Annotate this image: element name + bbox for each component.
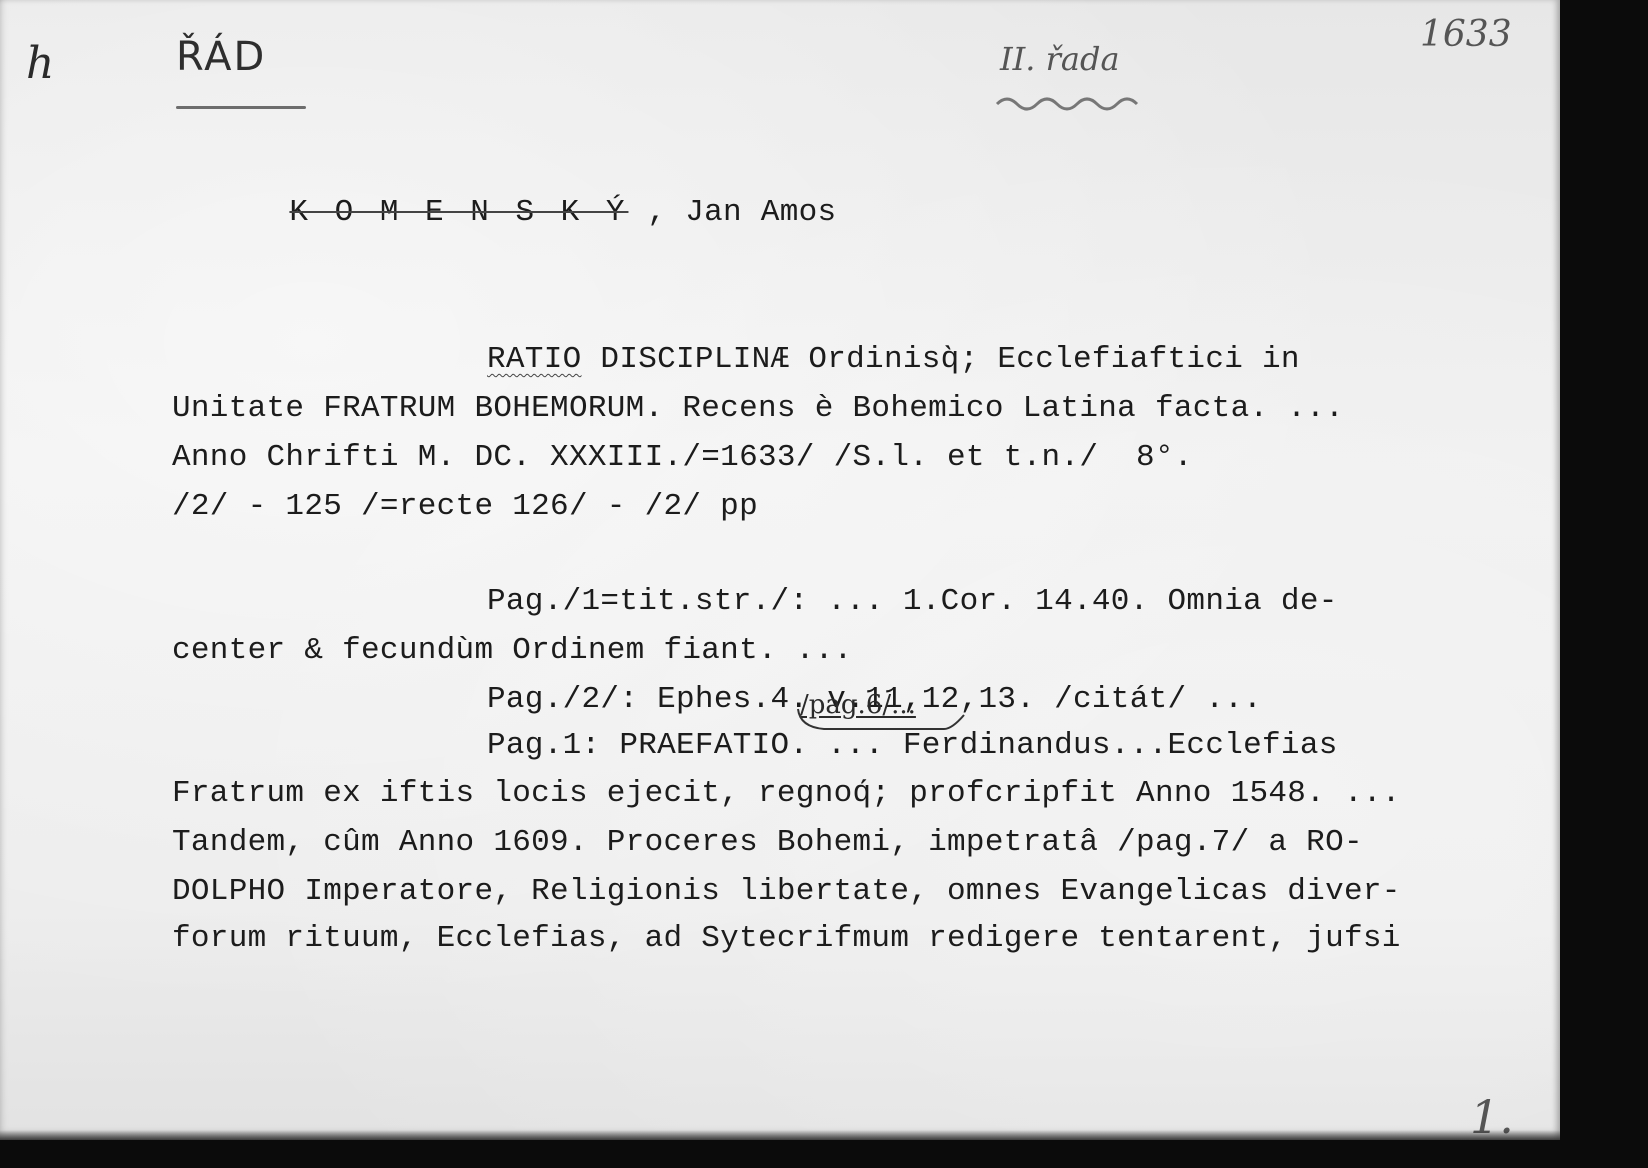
title-text: Unitate FRATRUM BOHEMORUM. Recens è Bohe… xyxy=(172,391,1344,426)
author-surname: K O M E N S K Ý xyxy=(289,195,628,230)
title-line: Anno Chrifti M. DC. XXXIII./=1633/ /S.l.… xyxy=(172,442,1193,473)
author-given-names: Jan Amos xyxy=(685,195,836,230)
author-separator: , xyxy=(628,195,685,230)
note-line: center & fecundùm Ordinem fiant. ... xyxy=(172,635,853,666)
title-keyword: RATIO xyxy=(487,342,582,377)
title-line: Unitate FRATRUM BOHEMORUM. Recens è Bohe… xyxy=(172,393,1344,424)
handwritten-year: 1633 xyxy=(1420,14,1512,55)
note-line: DOLPHO Imperatore, Religionis libertate,… xyxy=(172,876,1401,907)
subject-underline xyxy=(176,106,306,109)
note-line: Fratrum ex iftis locis ejecit, regnoq́; … xyxy=(172,778,1401,809)
title-text: Anno Chrifti M. DC. XXXIII./=1633/ /S.l.… xyxy=(172,440,1193,475)
catalog-card: h ŘÁD II. řada 1633 K O M E N S K Ý , Ja… xyxy=(0,0,1560,1140)
title-text: DISCIPLINÆ Ordinisq̀; Ecclefiaftici in xyxy=(582,342,1300,377)
note-line: Tandem, cûm Anno 1609. Proceres Bohemi, … xyxy=(172,827,1363,858)
title-text: /2/ - 125 /=recte 126/ - /2/ pp xyxy=(172,489,758,524)
wavy-underline-mark xyxy=(995,92,1145,112)
handwritten-card-number: 1. xyxy=(1470,1090,1514,1144)
handwritten-series-note: II. řada xyxy=(1000,40,1120,78)
author-heading: K O M E N S K Ý , Jan Amos xyxy=(176,166,836,259)
note-line: Pag./1=tit.str./: ... 1.Cor. 14.40. Omni… xyxy=(487,586,1338,617)
note-line: forum rituum, Ecclefias, ad Sytecrifmum … xyxy=(172,923,1401,954)
title-line: /2/ - 125 /=recte 126/ - /2/ pp xyxy=(172,491,758,522)
handwritten-subject-heading: ŘÁD xyxy=(176,34,266,80)
handwritten-corner-mark: h xyxy=(26,38,54,89)
title-line: RATIO DISCIPLINÆ Ordinisq̀; Ecclefiaftic… xyxy=(487,344,1300,375)
insertion-caret-mark xyxy=(794,705,984,735)
scan-background: h ŘÁD II. řada 1633 K O M E N S K Ý , Ja… xyxy=(0,0,1648,1168)
